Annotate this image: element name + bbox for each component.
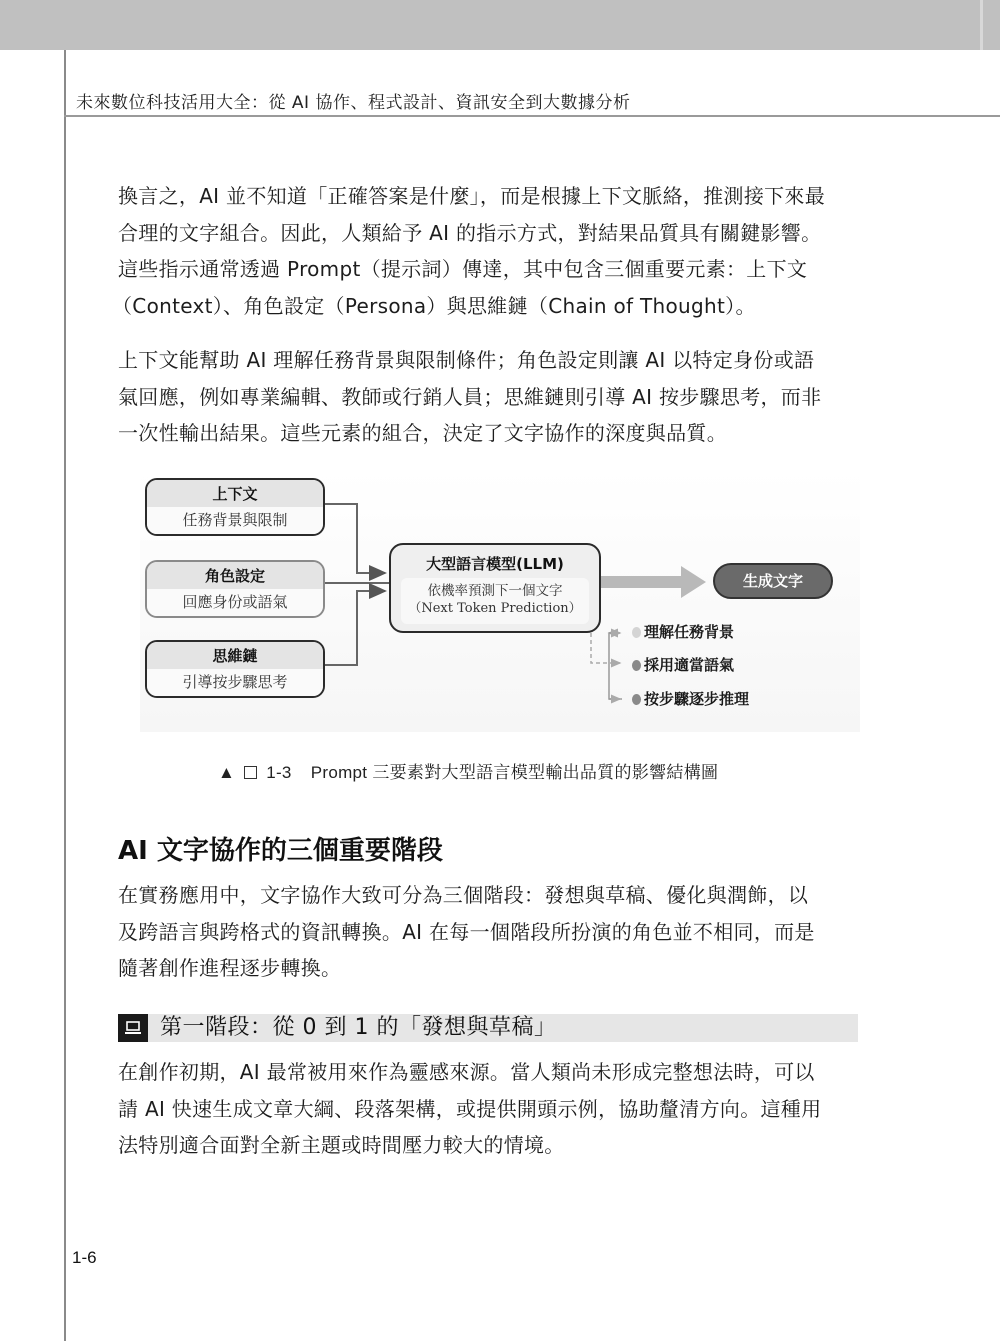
text-line: 及跨語言與跨格式的資訊轉換。AI 在每一個階段所扮演的角色並不相同，而是 bbox=[118, 914, 860, 951]
input-title: 思維鏈 bbox=[147, 642, 323, 669]
effect-label: 按步驟逐步推理 bbox=[644, 690, 749, 708]
effect-label: 採用適當語氣 bbox=[644, 656, 734, 674]
figure-icon bbox=[244, 766, 257, 779]
paragraph-4: 在創作初期，AI 最常被用來作為靈感來源。當人類尚未形成完整想法時，可以 請 A… bbox=[118, 1054, 860, 1164]
laptop-icon bbox=[118, 1014, 148, 1042]
effect-label: 理解任務背景 bbox=[644, 623, 734, 641]
caption-text: Prompt 三要素對大型語言模型輸出品質的影響結構圖 bbox=[311, 763, 719, 782]
text-line: 上下文能幫助 AI 理解任務背景與限制條件；角色設定則讓 AI 以特定身份或語 bbox=[118, 342, 860, 379]
bullet-dot-icon bbox=[632, 694, 641, 705]
prompt-structure-diagram: 上下文 任務背景與限制 角色設定 回應身份或語氣 思維鏈 引導按步驟思考 大型語… bbox=[140, 470, 860, 732]
input-box-context: 上下文 任務背景與限制 bbox=[145, 478, 325, 536]
input-title: 上下文 bbox=[147, 480, 323, 507]
llm-line-1: 依機率預測下一個文字 bbox=[401, 582, 589, 600]
llm-description: 依機率預測下一個文字 （Next Token Prediction） bbox=[401, 578, 589, 624]
text-line: 合理的文字組合。因此，人類給予 AI 的指示方式，對結果品質具有關鍵影響。 bbox=[118, 215, 860, 252]
bullet-dot-icon bbox=[632, 627, 641, 638]
header-rule bbox=[64, 115, 1000, 117]
text-line: 一次性輸出結果。這些元素的組合，決定了文字協作的深度與品質。 bbox=[118, 415, 860, 452]
text-line: 這些指示通常透過 Prompt（提示詞）傳達，其中包含三個重要元素：上下文 bbox=[118, 251, 860, 288]
text-line: 換言之，AI 並不知道「正確答案是什麼」，而是根據上下文脈絡，推測接下來最 bbox=[118, 178, 860, 215]
triangle-icon: ▲ bbox=[218, 763, 235, 782]
llm-line-2: （Next Token Prediction） bbox=[401, 600, 589, 618]
paragraph-1: 換言之，AI 並不知道「正確答案是什麼」，而是根據上下文脈絡，推測接下來最 合理… bbox=[118, 178, 860, 324]
page-top-margin bbox=[0, 0, 1000, 50]
bullet-dot-icon bbox=[632, 660, 641, 671]
figure-caption: ▲ 1-3 Prompt 三要素對大型語言模型輸出品質的影響結構圖 bbox=[218, 758, 718, 783]
effect-item: 按步驟逐步推理 bbox=[632, 688, 749, 710]
left-margin-rule bbox=[64, 50, 66, 1341]
input-subtitle: 任務背景與限制 bbox=[147, 507, 323, 534]
text-line: 請 AI 快速生成文章大綱、段落架構，或提供開頭示例，協助釐清方向。這種用 bbox=[118, 1091, 860, 1128]
input-subtitle: 引導按步驟思考 bbox=[147, 669, 323, 696]
llm-title: 大型語言模型(LLM) bbox=[391, 553, 599, 574]
page-edge bbox=[980, 0, 983, 50]
paragraph-2: 上下文能幫助 AI 理解任務背景與限制條件；角色設定則讓 AI 以特定身份或語 … bbox=[118, 342, 860, 452]
section-title: AI 文字協作的三個重要階段 bbox=[118, 830, 443, 867]
subsection-heading: 第一階段：從 0 到 1 的「發想與草稿」 bbox=[118, 1014, 858, 1042]
figure-number: 1-3 bbox=[266, 763, 291, 782]
text-line: 隨著創作進程逐步轉換。 bbox=[118, 950, 860, 987]
input-subtitle: 回應身份或語氣 bbox=[147, 589, 323, 616]
output-pill: 生成文字 bbox=[713, 563, 833, 599]
running-head: 未來數位科技活用大全：從 AI 協作、程式設計、資訊安全到大數據分析 bbox=[76, 88, 630, 113]
text-line: 氣回應，例如專業編輯、教師或行銷人員；思維鏈則引導 AI 按步驟思考，而非 bbox=[118, 379, 860, 416]
text-line: 法特別適合面對全新主題或時間壓力較大的情境。 bbox=[118, 1127, 860, 1164]
llm-box: 大型語言模型(LLM) 依機率預測下一個文字 （Next Token Predi… bbox=[389, 543, 601, 633]
text-line: 在實務應用中，文字協作大致可分為三個階段：發想與草稿、優化與潤飾，以 bbox=[118, 877, 860, 914]
effect-item: 採用適當語氣 bbox=[632, 654, 734, 676]
paragraph-3: 在實務應用中，文字協作大致可分為三個階段：發想與草稿、優化與潤飾，以 及跨語言與… bbox=[118, 877, 860, 987]
subsection-title: 第一階段：從 0 到 1 的「發想與草稿」 bbox=[160, 1014, 556, 1042]
input-title: 角色設定 bbox=[147, 562, 323, 589]
text-line: 在創作初期，AI 最常被用來作為靈感來源。當人類尚未形成完整想法時，可以 bbox=[118, 1054, 860, 1091]
input-box-persona: 角色設定 回應身份或語氣 bbox=[145, 560, 325, 618]
page-number: 1-6 bbox=[72, 1248, 97, 1268]
input-box-chain-of-thought: 思維鏈 引導按步驟思考 bbox=[145, 640, 325, 698]
text-line: （Context）、角色設定（Persona）與思維鏈（Chain of Tho… bbox=[112, 288, 860, 325]
effect-item: 理解任務背景 bbox=[632, 621, 734, 643]
